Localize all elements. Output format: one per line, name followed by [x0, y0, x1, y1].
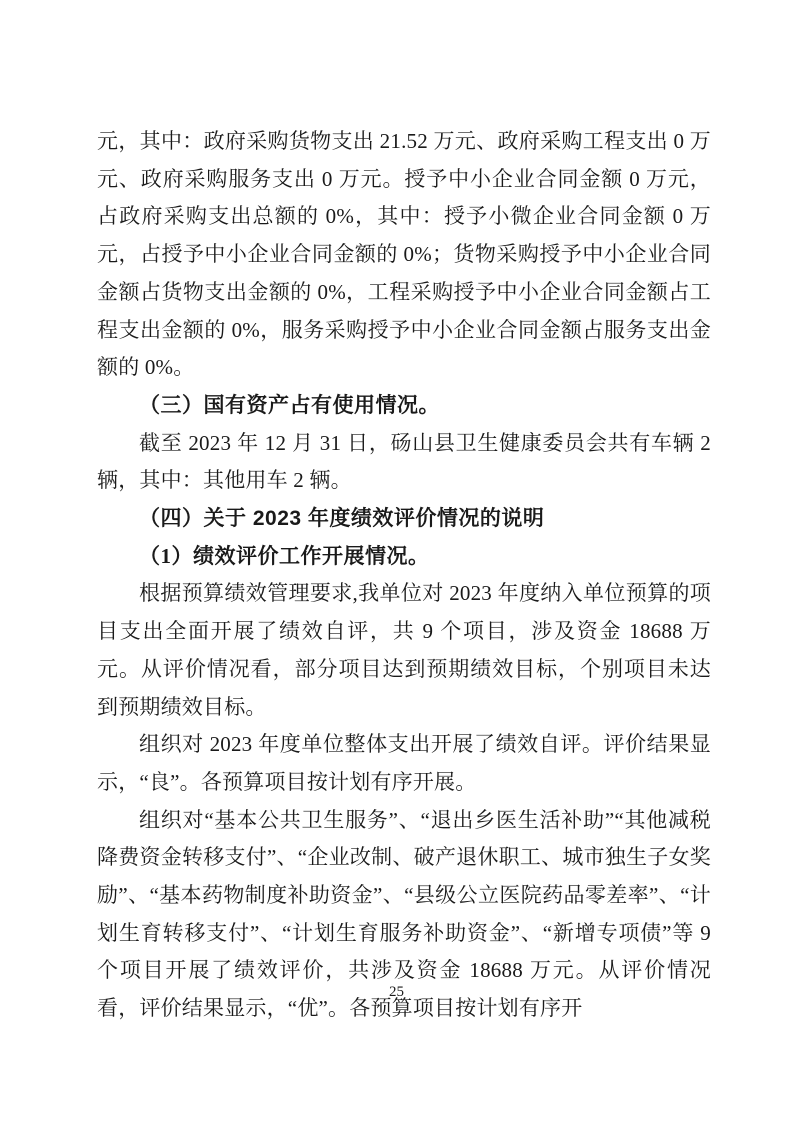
paragraph-procurement-detail: 元，其中：政府采购货物支出 21.52 万元、政府采购工程支出 0 万元、政府采… [97, 123, 711, 387]
section-heading-performance-evaluation: （四）关于 2023 年度绩效评价情况的说明 [97, 500, 711, 538]
paragraph-self-evaluation: 根据预算绩效管理要求,我单位对 2023 年度纳入单位预算的项目支出全面开展了绩… [97, 575, 711, 726]
paragraph-vehicles: 截至 2023 年 12 月 31 日，砀山县卫生健康委员会共有车辆 2 辆，其… [97, 425, 711, 500]
subheading-evaluation-work: （1）绩效评价工作开展情况。 [97, 538, 711, 576]
page-number: 25 [0, 984, 793, 1001]
section-heading-state-assets: （三）国有资产占有使用情况。 [97, 387, 711, 425]
paragraph-overall-expenditure-evaluation: 组织对 2023 年度单位整体支出开展了绩效自评。评价结果显示，“良”。各预算项… [97, 726, 711, 801]
document-body: 元，其中：政府采购货物支出 21.52 万元、政府采购工程支出 0 万元、政府采… [97, 123, 711, 1028]
